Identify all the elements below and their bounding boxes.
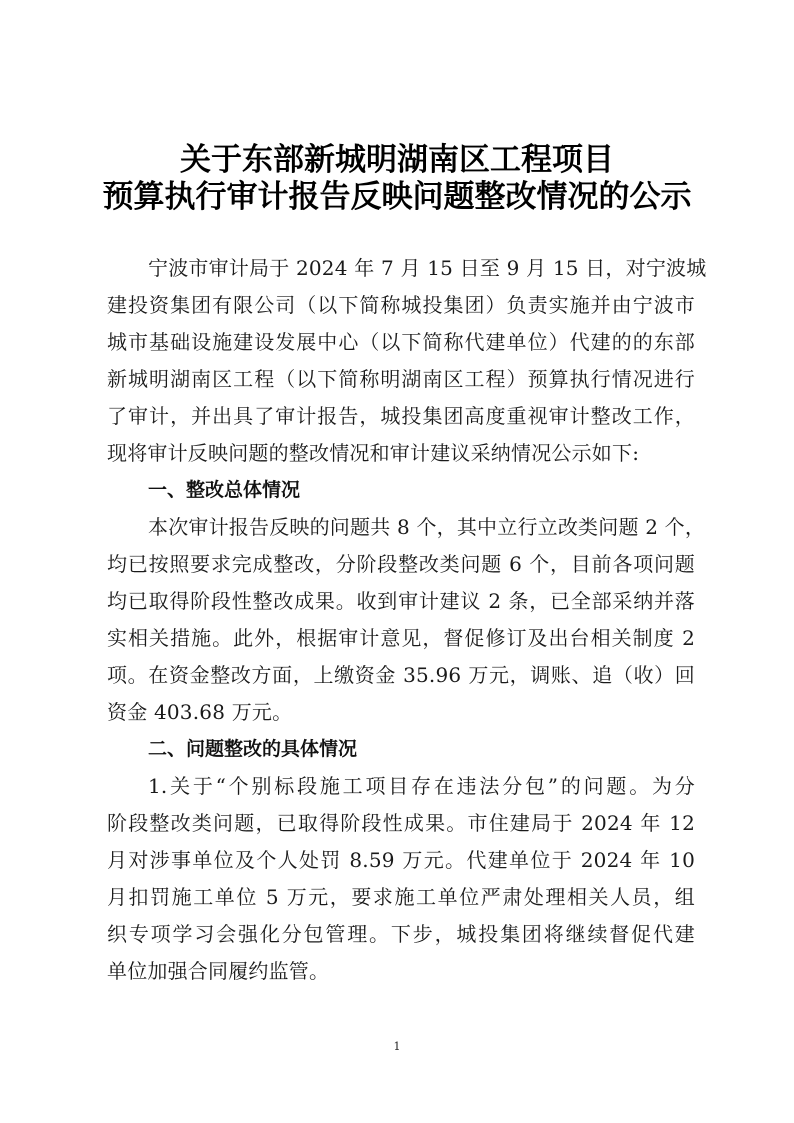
section-heading-specifics: 二、问题整改的具体情况 [148,731,357,768]
intro-paragraph-line: 新城明湖南区工程（以下简称明湖南区工程）预算执行情况进行 [107,361,695,398]
page-number: 1 [0,1040,794,1053]
section2-paragraph-line: 单位加强合同履约监管。 [107,953,695,990]
document-page: 关于东部新城明湖南区工程项目 预算执行审计报告反映问题整改情况的公示 宁波市审计… [0,0,794,1123]
intro-paragraph-line: 了审计，并出具了审计报告，城投集团高度重视审计整改工作， [107,398,695,435]
document-title-line-1: 关于东部新城明湖南区工程项目 [0,142,794,178]
intro-paragraph-line: 现将审计反映问题的整改情况和审计建议采纳情况公示如下: [107,435,695,472]
section2-paragraph-line: 1.关于“个别标段施工项目存在违法分包”的问题。为分 [148,768,695,805]
section1-paragraph-line: 均已按照要求完成整改，分阶段整改类问题 6 个，目前各项问题 [107,546,695,583]
section2-paragraph-line: 月对涉事单位及个人处罚 8.59 万元。代建单位于 2024 年 10 [107,842,695,879]
section1-paragraph-line: 本次审计报告反映的问题共 8 个，其中立行立改类问题 2 个， [148,509,695,546]
section-heading-overall: 一、整改总体情况 [148,472,300,509]
section1-paragraph-line: 项。在资金整改方面，上缴资金 35.96 万元，调账、追（收）回 [107,657,695,694]
intro-paragraph-line: 建投资集团有限公司（以下简称城投集团）负责实施并由宁波市 [107,287,695,324]
section2-paragraph-line: 织专项学习会强化分包管理。下步，城投集团将继续督促代建 [107,916,695,953]
section2-paragraph-line: 月扣罚施工单位 5 万元，要求施工单位严肃处理相关人员，组 [107,879,695,916]
intro-paragraph-line: 宁波市审计局于 2024 年 7 月 15 日至 9 月 15 日，对宁波城 [148,250,695,287]
section1-paragraph-line: 实相关措施。此外，根据审计意见，督促修订及出台相关制度 2 [107,620,695,657]
intro-paragraph-line: 城市基础设施建设发展中心（以下简称代建单位）代建的的东部 [107,324,695,361]
document-title-line-2: 预算执行审计报告反映问题整改情况的公示 [0,179,794,215]
section2-paragraph-line: 阶段整改类问题，已取得阶段性成果。市住建局于 2024 年 12 [107,805,695,842]
section1-paragraph-line: 资金 403.68 万元。 [107,694,695,731]
section1-paragraph-line: 均已取得阶段性整改成果。收到审计建议 2 条，已全部采纳并落 [107,583,695,620]
